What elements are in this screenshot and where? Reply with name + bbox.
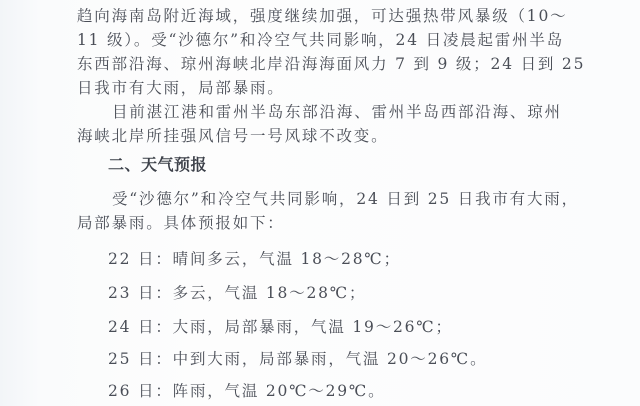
forecast-text: 多云，气温 18～28℃；: [173, 284, 367, 302]
forecast-item: 24 日：大雨，局部暴雨，气温 19～26℃；: [108, 317, 453, 337]
forecast-item: 26 日：阵雨，气温 20℃～29℃。: [108, 381, 385, 401]
paragraph-line: 日我市有大雨，局部暴雨。: [77, 78, 285, 98]
forecast-day: 22 日：: [108, 250, 173, 268]
forecast-item: 22 日：晴间多云，气温 18～28℃；: [108, 249, 401, 269]
paragraph-line: 海峡北岸所挂强风信号一号风球不改变。: [77, 126, 388, 146]
forecast-item: 23 日：多云，气温 18～28℃；: [108, 283, 366, 303]
forecast-item: 25 日：中到大雨，局部暴雨，气温 20～26℃。: [108, 349, 487, 369]
paragraph-line: 11 级）。受“沙德尔”和冷空气共同影响，24 日凌晨起雷州半岛: [77, 30, 564, 50]
document-page: 趋向海南岛附近海域，强度继续加强，可达强热带风暴级（10～ 11 级）。受“沙德…: [0, 0, 640, 406]
forecast-day: 26 日：: [108, 382, 173, 400]
paragraph-line: 趋向海南岛附近海域，强度继续加强，可达强热带风暴级（10～: [77, 6, 567, 26]
forecast-text: 中到大雨，局部暴雨，气温 20～26℃。: [173, 350, 488, 368]
paragraph-line: 东西部沿海、琼州海峡北岸沿海海面风力 7 到 9 级；24 日到 25: [77, 54, 585, 74]
paragraph-line: 局部暴雨。具体预报如下：: [77, 213, 285, 233]
forecast-text: 晴间多云，气温 18～28℃；: [173, 250, 401, 268]
forecast-day: 24 日：: [108, 318, 173, 336]
paragraph-line: 受“沙德尔”和冷空气共同影响，24 日到 25 日我市有大雨，: [112, 189, 579, 209]
forecast-day: 23 日：: [108, 284, 173, 302]
section-heading: 二、天气预报: [108, 155, 207, 175]
forecast-text: 阵雨，气温 20℃～29℃。: [173, 382, 386, 400]
forecast-text: 大雨，局部暴雨，气温 19～26℃；: [173, 318, 453, 336]
paragraph-line: 目前湛江港和雷州半岛东部沿海、雷州半岛西部沿海、琼州: [112, 102, 562, 122]
forecast-day: 25 日：: [108, 350, 173, 368]
